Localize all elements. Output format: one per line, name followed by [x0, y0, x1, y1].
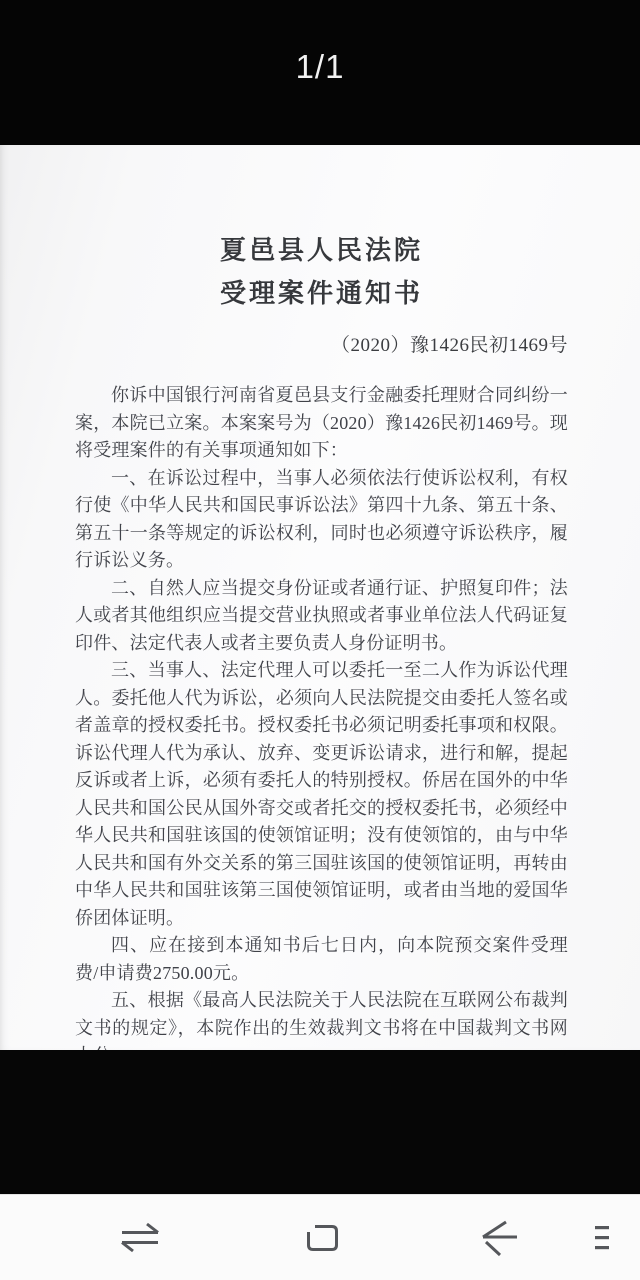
case-number: （2020）豫1426民初1469号 — [75, 330, 568, 357]
notice-title: 受理案件通知书 — [75, 272, 568, 315]
document-body: 你诉中国银行河南省夏邑县支行金融委托理财合同纠纷一案，本院已立案。本案案号为（2… — [75, 382, 568, 1070]
document-paragraph: 二、自然人应当提交身份证或者通行证、护照复印件；法人或者其他组织应当提交营业执照… — [75, 575, 568, 658]
phone-screen: 1/1 夏邑县人民法院 受理案件通知书 （2020）豫1426民初1469号 你… — [0, 0, 640, 1280]
home-icon — [302, 1220, 342, 1256]
document-paragraph: 三、当事人、法定代理人可以委托一至二人作为诉讼代理人。委托他人代为诉讼，必须向人… — [75, 657, 568, 932]
document-paragraph: 你诉中国银行河南省夏邑县支行金融委托理财合同纠纷一案，本院已立案。本案案号为（2… — [75, 382, 568, 465]
menu-button[interactable] — [582, 1206, 622, 1270]
recent-apps-button[interactable] — [104, 1206, 176, 1270]
letterbox-bottom — [0, 1050, 640, 1194]
recent-apps-icon — [117, 1220, 163, 1256]
android-navbar — [0, 1194, 640, 1280]
back-button[interactable] — [461, 1206, 533, 1270]
document-paragraph: 一、在诉讼过程中，当事人必须依法行使诉讼权利，有权行使《中华人民共和国民事诉讼法… — [75, 465, 568, 575]
document-paragraph: 四、应在接到本通知书后七日内，向本院预交案件受理费/申请费2750.00元。 — [75, 932, 568, 987]
home-button[interactable] — [286, 1206, 358, 1270]
court-name: 夏邑县人民法院 — [75, 229, 568, 272]
viewer-header: 1/1 — [0, 0, 640, 145]
page-indicator: 1/1 — [296, 48, 345, 86]
back-icon — [473, 1218, 521, 1258]
document-page[interactable]: 夏邑县人民法院 受理案件通知书 （2020）豫1426民初1469号 你诉中国银… — [0, 145, 640, 1050]
menu-icon — [593, 1224, 611, 1252]
